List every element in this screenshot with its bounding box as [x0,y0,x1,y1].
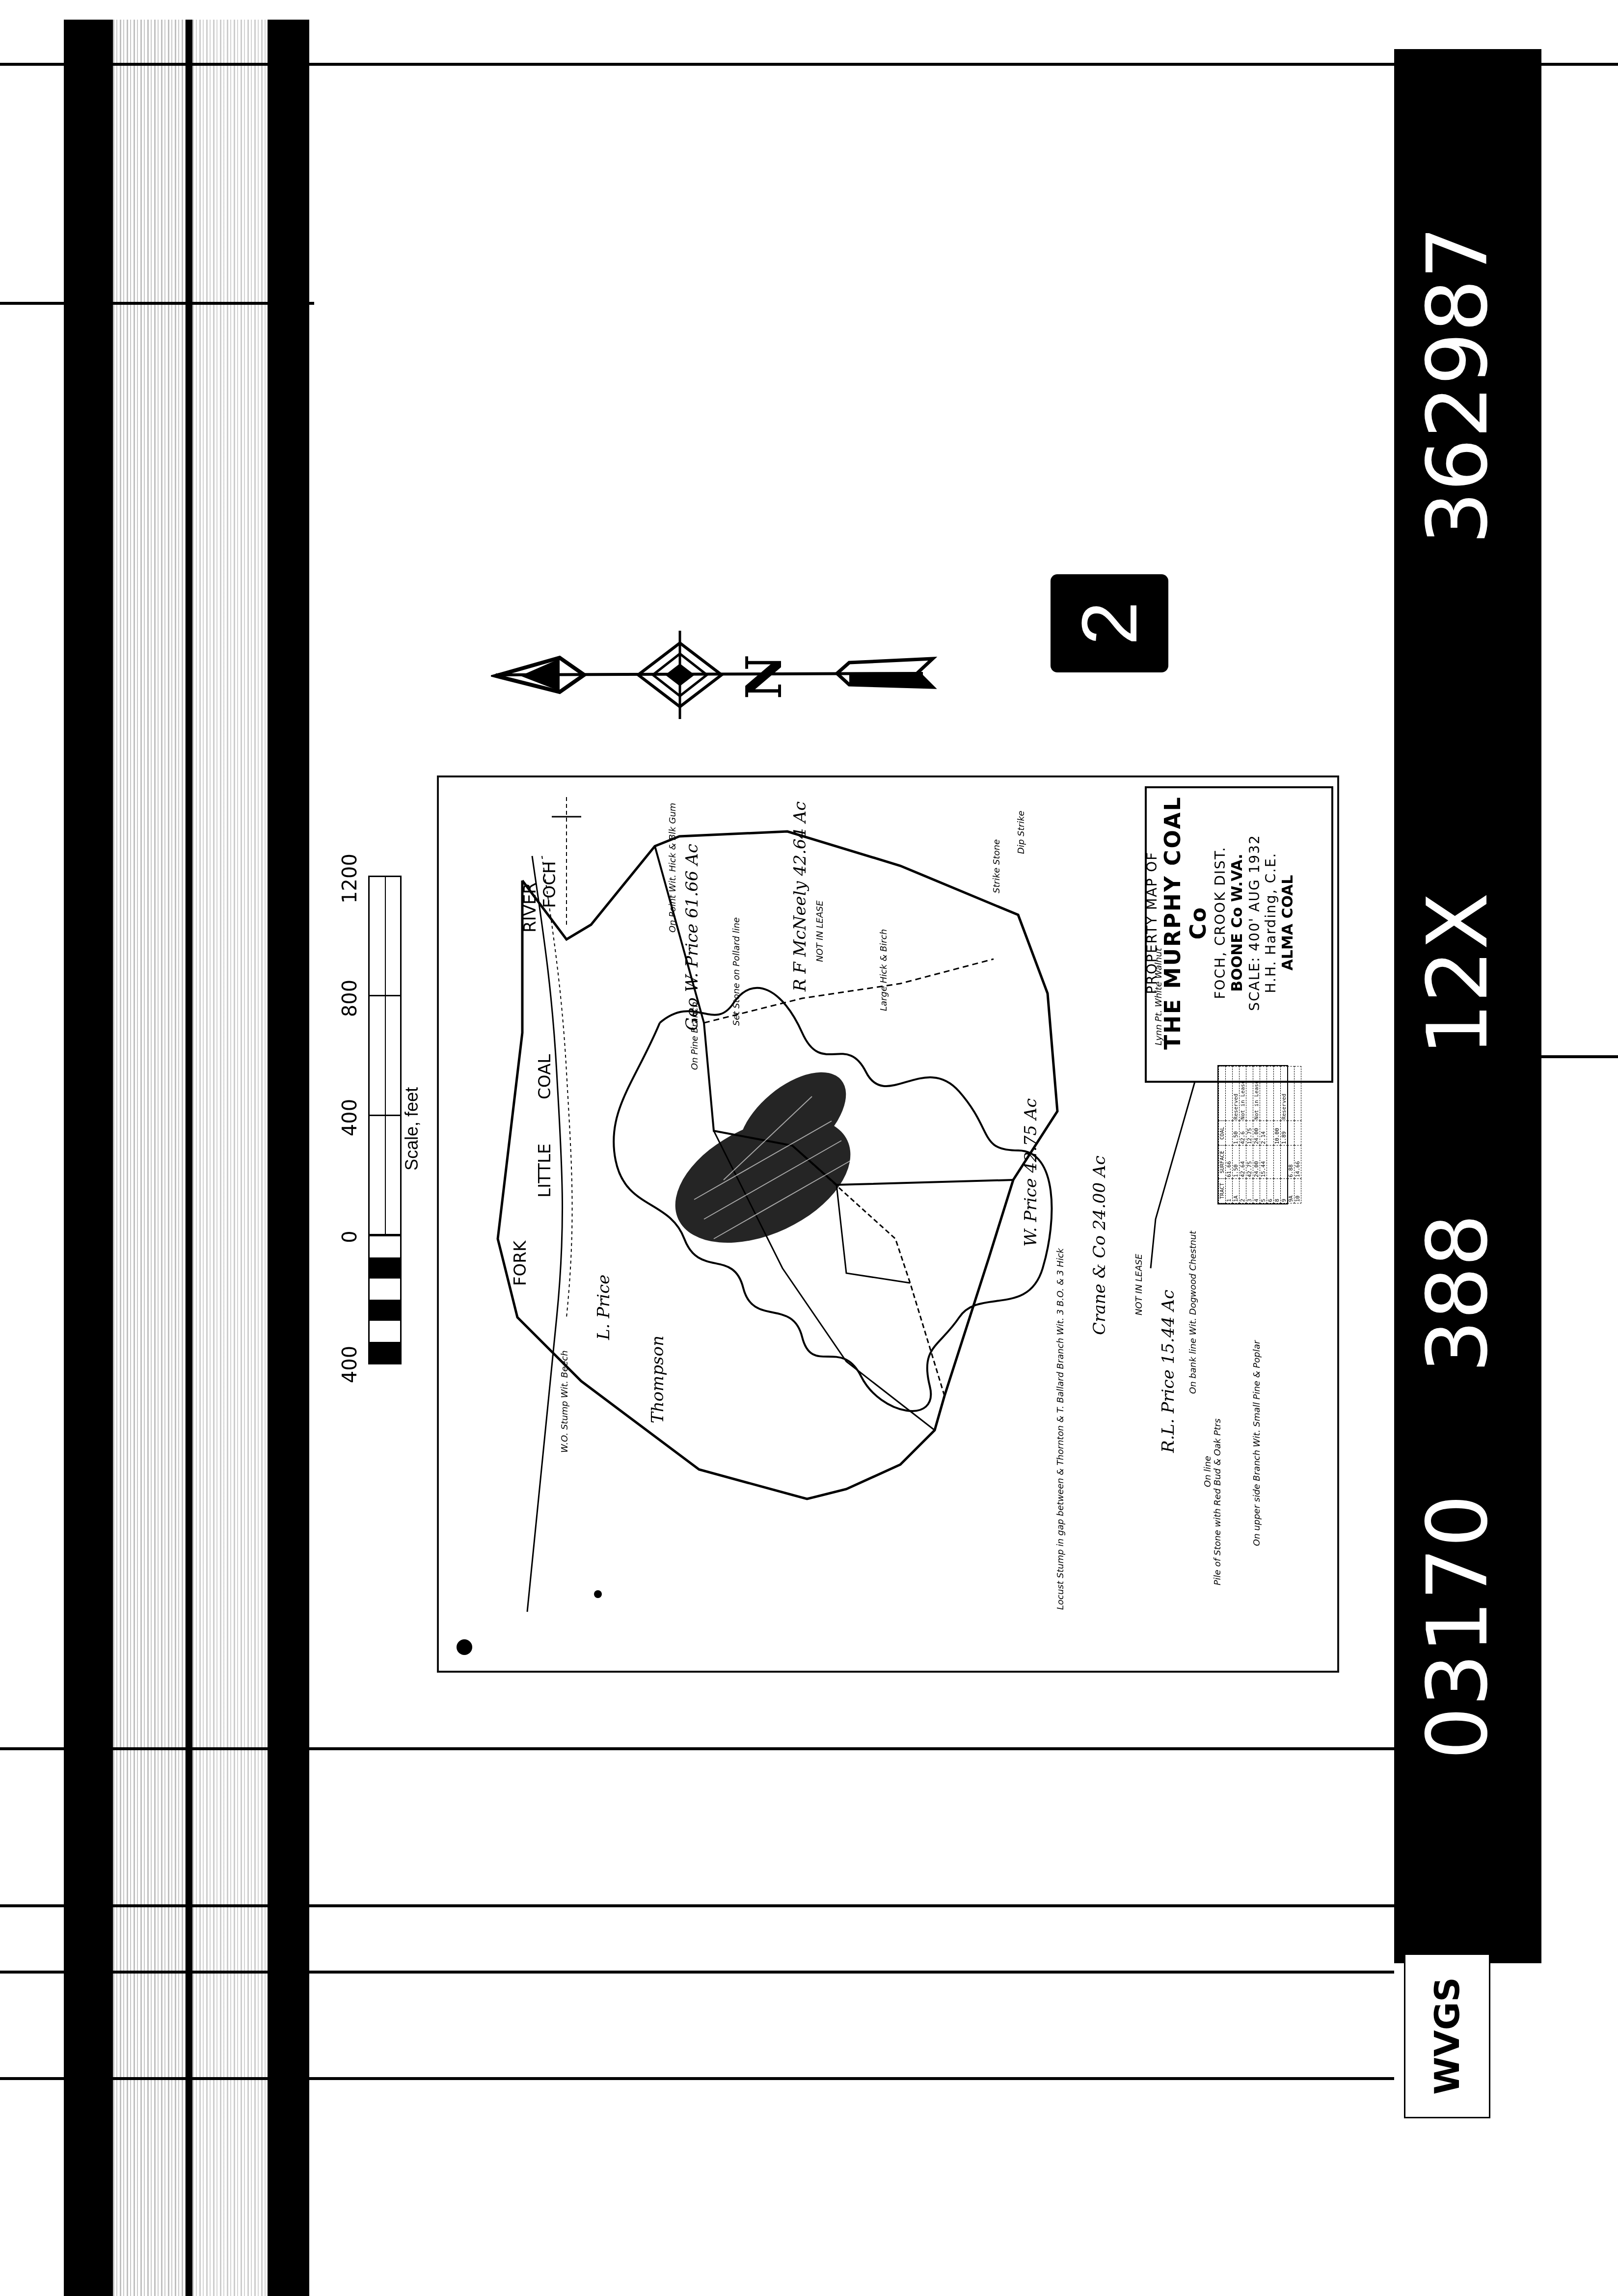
map-title-block: PROPERTY MAP OF THE MURPHY COAL Co FOCH,… [1144,785,1306,1060]
corner-note-pile-of-stone: Pile of Stone with Red Bud & Oak Ptrs [1213,1418,1223,1585]
tract-table-row: 342.7512.75 [1246,1067,1253,1203]
corner-note-bank-line: On bank line Wit. Dogwood Chestnut [1188,1231,1198,1394]
scale-bar: 40004008001200 Scale, feet [339,869,403,1374]
parcel-thompson: Thompson [648,1335,668,1423]
tract-table-header: SURFACE [1219,1146,1226,1179]
tract-table-row: 810.00 [1274,1067,1281,1203]
corner-note-set-stone: Set Stone on Pollard line [731,917,742,1026]
tract-table-row: 91.89Reserved [1281,1067,1288,1203]
parcel-rl-price: R.L. Price 15.44 Ac [1159,1290,1178,1453]
north-label: N [735,654,793,699]
corner-note-pine-branch: On Pine Branch [690,1002,700,1070]
corner-note-hick-birch: Large Hick & Birch [879,929,889,1011]
film-edge-left-outer [64,20,113,2296]
title-line-2: THE MURPHY COAL Co [1160,785,1213,1060]
title-line-7: ALMA COAL [1279,785,1297,1060]
parcel-rf-mcneely-note: NOT IN LEASE [815,901,825,962]
tract-table-row: 1A1.501.50Reserved [1233,1067,1240,1203]
corner-note-on-point: On Point Wit. Hick & Blk Gum [668,803,678,933]
frame-line-bottom-2 [0,1971,1394,1974]
frame-line-bottom-1 [0,1904,1394,1907]
title-line-4: BOONE Co W.VA. [1229,785,1246,1060]
river-label-river: RIVER [520,882,540,933]
film-edge-noise-2 [192,20,268,2296]
ink-dot [594,1590,602,1598]
frame-line-right [1541,1055,1618,1058]
film-edge-left-inner [268,20,309,2296]
parcel-l-price: L. Price [594,1275,614,1340]
north-arrow-icon: N [491,628,982,721]
title-line-5: SCALE: 400' AUG 1932 [1246,785,1263,1060]
parcel-w-price: W. Price 42.75 Ac [1021,1098,1041,1247]
tract-acreage-table: TRACTSURFACECOAL 161.661A1.501.50Reserve… [1217,1065,1288,1204]
river-label-coal: COAL [535,1054,555,1099]
scale-tick-label: 400 [339,1346,361,1383]
reel-code-prefix: 03170 [1416,1431,1500,1823]
tract-table-header: TRACT [1219,1178,1226,1203]
frame-line-lower [0,1747,1394,1750]
tract-table-header [1219,1067,1226,1121]
frame-number-badge: 2 [1051,574,1168,672]
tract-table-header: COAL [1219,1121,1226,1146]
tract-table-row: 242.6442.6Not in Lease [1240,1067,1246,1203]
scale-tick-label: 400 [339,1099,361,1136]
scale-tick-label: 800 [339,980,361,1017]
corner-note-locust-stump: Locust Stump in gap between & Thornton &… [1055,1248,1066,1610]
film-edge-noise [113,20,186,2296]
parcel-crane-co-note: NOT IN LEASE [1134,1254,1144,1315]
ink-blot [457,1639,472,1655]
archive-label: WVGS [1404,1953,1490,2118]
corner-note-dip-strike: Dip Strike [1016,811,1026,854]
corner-note-lynn: Lynn Pt. White Walnut [1154,948,1164,1045]
frame-line-bottom-3 [0,2077,1394,2080]
scale-tick-label: 0 [339,1230,361,1243]
scale-title: Scale, feet [402,1087,422,1171]
frame-line-upper [0,302,314,305]
corner-note-strike: Strike Stone [992,839,1002,893]
parcel-rf-mcneely: R F McNeely 42.64 Ac [790,801,810,991]
reel-code-suffix: 362987 [1416,91,1500,680]
corner-note-upper-branch: On upper side Branch Wit. Small Pine & P… [1252,1340,1262,1546]
title-line-3: FOCH, CROOK DIST. [1212,785,1229,1060]
tract-table-row: 6 [1267,1067,1274,1203]
frame-number: 2 [1064,602,1155,645]
corner-note-wo-stump: W.O. Stump Wit. Beech [560,1350,570,1453]
archive-label-text: WVGS [1427,1977,1467,2094]
title-line-6: H.H. Harding, C.E. [1263,785,1279,1060]
tract-table-row: 9A6.88 [1288,1067,1294,1203]
frame-line-top [0,63,1618,66]
film-edge-line [186,20,192,2296]
tract-table-row: 1014.66 [1294,1067,1301,1203]
parcel-crane-co: Crane & Co 24.00 Ac [1090,1156,1109,1335]
river-label-foch: FOCH [540,861,560,908]
corner-note-on-line: On line [1203,1456,1213,1487]
reel-code-middle: 388 [1416,1171,1500,1416]
tract-table-grid: TRACTSURFACECOAL 161.661A1.501.50Reserve… [1218,1066,1301,1203]
tract-table-row: 161.66 [1226,1067,1233,1203]
tract-table-row: 515.442.14 [1260,1067,1267,1203]
scale-checker [370,1235,400,1363]
reel-code-reduction: 12X [1416,876,1500,1072]
river-label-little: LITTLE [535,1144,555,1198]
river-label-fork: FORK [511,1241,530,1286]
scale-bar-graphic [368,876,402,1364]
tract-table-row: 424.0024.00Not in Lease [1253,1067,1260,1203]
scale-tick-label: 1200 [339,854,361,904]
